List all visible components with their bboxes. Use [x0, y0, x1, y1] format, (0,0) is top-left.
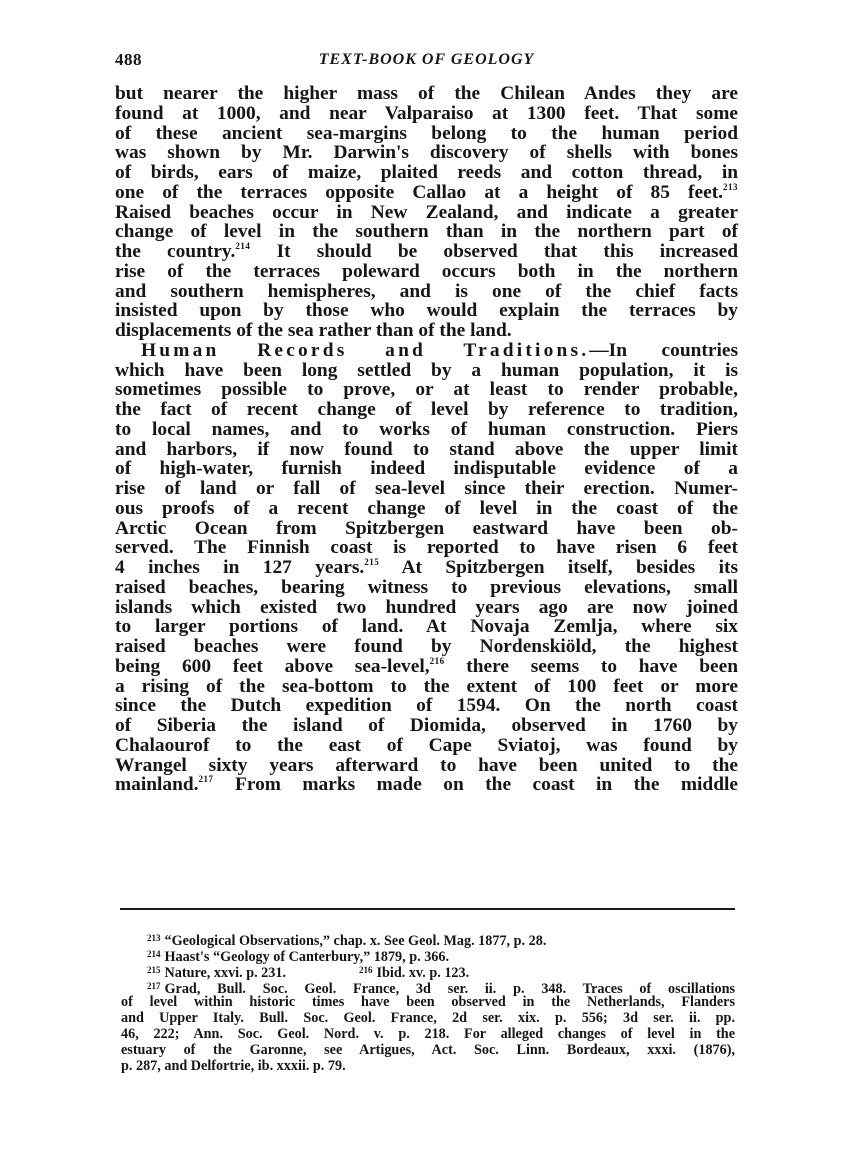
text-line: Wrangel sixty years afterward to have be… — [115, 756, 738, 776]
footnote-214: 214Haast's “Geology of Canterbury,” 1879… — [121, 946, 735, 962]
text-line: of high-water, furnish indeed indisputab… — [115, 459, 738, 479]
text-line: one of the terraces opposite Callao at a… — [115, 183, 738, 203]
footnote-text-line: estuary of the Garonne, see Artigues, Ac… — [121, 1042, 735, 1058]
footnote-ref-214[interactable]: 214 — [235, 241, 250, 251]
text-line: mainland.217 From marks made on the coas… — [115, 775, 738, 795]
footnote-text-line: 46, 222; Ann. Soc. Geol. Nord. v. p. 218… — [121, 1026, 735, 1042]
text-line: being 600 feet above sea-level,216 there… — [115, 657, 738, 677]
footnote-text-line: and Upper Italy. Bull. Soc. Geol. France… — [121, 1010, 735, 1026]
text-line: Human Records and Traditions.—In countri… — [115, 341, 738, 361]
footnote-ref-216[interactable]: 216 — [430, 656, 445, 666]
footnote-number: 216 — [359, 965, 373, 975]
footnote-text-line: p. 287, and Delfortrie, ib. xxxii. p. 79… — [121, 1058, 735, 1074]
footnote-divider — [120, 908, 735, 910]
text-line: served. The Finnish coast is reported to… — [115, 538, 738, 558]
text-line: raised beaches, bearing witness to previ… — [115, 578, 738, 598]
text-line: a rising of the sea-bottom to the extent… — [115, 677, 738, 697]
text-line: the country.214 It should be observed th… — [115, 242, 738, 262]
text-line: of Siberia the island of Diomida, observ… — [115, 716, 738, 736]
footnotes: 213“Geological Observations,” chap. x. S… — [121, 930, 735, 1074]
body-text: but nearer the higher mass of the Chilea… — [115, 84, 738, 795]
text-line: displacements of the sea rather than of … — [115, 321, 738, 341]
text-line: 4 inches in 127 years.215 At Spitzbergen… — [115, 558, 738, 578]
text-line: found at 1000, and near Valparaiso at 13… — [115, 104, 738, 124]
text-segment: mainland. — [115, 774, 199, 795]
footnote-number: 214 — [147, 949, 161, 959]
text-segment: 4 inches in 127 years. — [115, 557, 364, 578]
text-line: change of level in the southern than in … — [115, 222, 738, 242]
text-line: ous proofs of a recent change of level i… — [115, 499, 738, 519]
text-segment: —In countries — [589, 340, 738, 361]
running-head: 488 TEXT-BOOK OF GEOLOGY — [115, 48, 738, 72]
footnote-ref-213[interactable]: 213 — [723, 182, 738, 192]
text-line: sometimes possible to prove, or at least… — [115, 380, 738, 400]
footnote-number: 213 — [147, 933, 161, 943]
text-line: of these ancient sea-margins belong to t… — [115, 124, 738, 144]
text-line: since the Dutch expedition of 1594. On t… — [115, 696, 738, 716]
text-segment: At Spitzbergen itself, besides its — [402, 557, 738, 578]
footnote-text-line: of level within historic times have been… — [121, 994, 735, 1010]
text-line: islands which existed two hundred years … — [115, 598, 738, 618]
text-segment: the country. — [115, 241, 235, 262]
text-line: raised beaches were found by Nordenskiöl… — [115, 637, 738, 657]
text-line: Arctic Ocean from Spitzbergen eastward h… — [115, 519, 738, 539]
book-page: 488 TEXT-BOOK OF GEOLOGY but nearer the … — [115, 48, 738, 795]
footnote-ref-217[interactable]: 217 — [199, 774, 214, 784]
footnote-213: 213“Geological Observations,” chap. x. S… — [121, 930, 735, 946]
text-line: and southern hemispheres, and is one of … — [115, 282, 738, 302]
footnote-217: 217Grad, Bull. Soc. Geol. France, 3d ser… — [121, 978, 735, 994]
section-heading: Human Records and Traditions. — [141, 340, 589, 361]
text-line: was shown by Mr. Darwin's discovery of s… — [115, 143, 738, 163]
text-line: Raised beaches occur in New Zealand, and… — [115, 203, 738, 223]
text-line: of birds, ears of maize, plaited reeds a… — [115, 163, 738, 183]
text-line: to larger portions of land. At Novaja Ze… — [115, 617, 738, 637]
text-line: to local names, and to works of human co… — [115, 420, 738, 440]
text-line: insisted upon by those who would explain… — [115, 301, 738, 321]
text-line: but nearer the higher mass of the Chilea… — [115, 84, 738, 104]
text-line: Chalaourof to the east of Cape Sviatoj, … — [115, 736, 738, 756]
text-segment: being 600 feet above sea-level, — [115, 656, 430, 677]
footnote-number: 215 — [147, 965, 161, 975]
text-segment: It should be observed that this increase… — [277, 241, 738, 262]
text-line: rise of land or fall of sea-level since … — [115, 479, 738, 499]
running-title: TEXT-BOOK OF GEOLOGY — [115, 48, 738, 72]
footnote-215-216: 215Nature, xxvi. p. 231.216Ibid. xv. p. … — [121, 962, 735, 978]
text-line: and harbors, if now found to stand above… — [115, 440, 738, 460]
text-line: which have been long settled by a human … — [115, 361, 738, 381]
text-segment: one of the terraces opposite Callao at a… — [115, 182, 723, 203]
text-line: rise of the terraces poleward occurs bot… — [115, 262, 738, 282]
text-line: the fact of recent change of level by re… — [115, 400, 738, 420]
footnote-ref-215[interactable]: 215 — [364, 557, 379, 567]
text-segment: there seems to have been — [466, 656, 738, 677]
text-segment: From marks made on the coast in the midd… — [235, 774, 738, 795]
footnote-number: 217 — [147, 981, 161, 991]
